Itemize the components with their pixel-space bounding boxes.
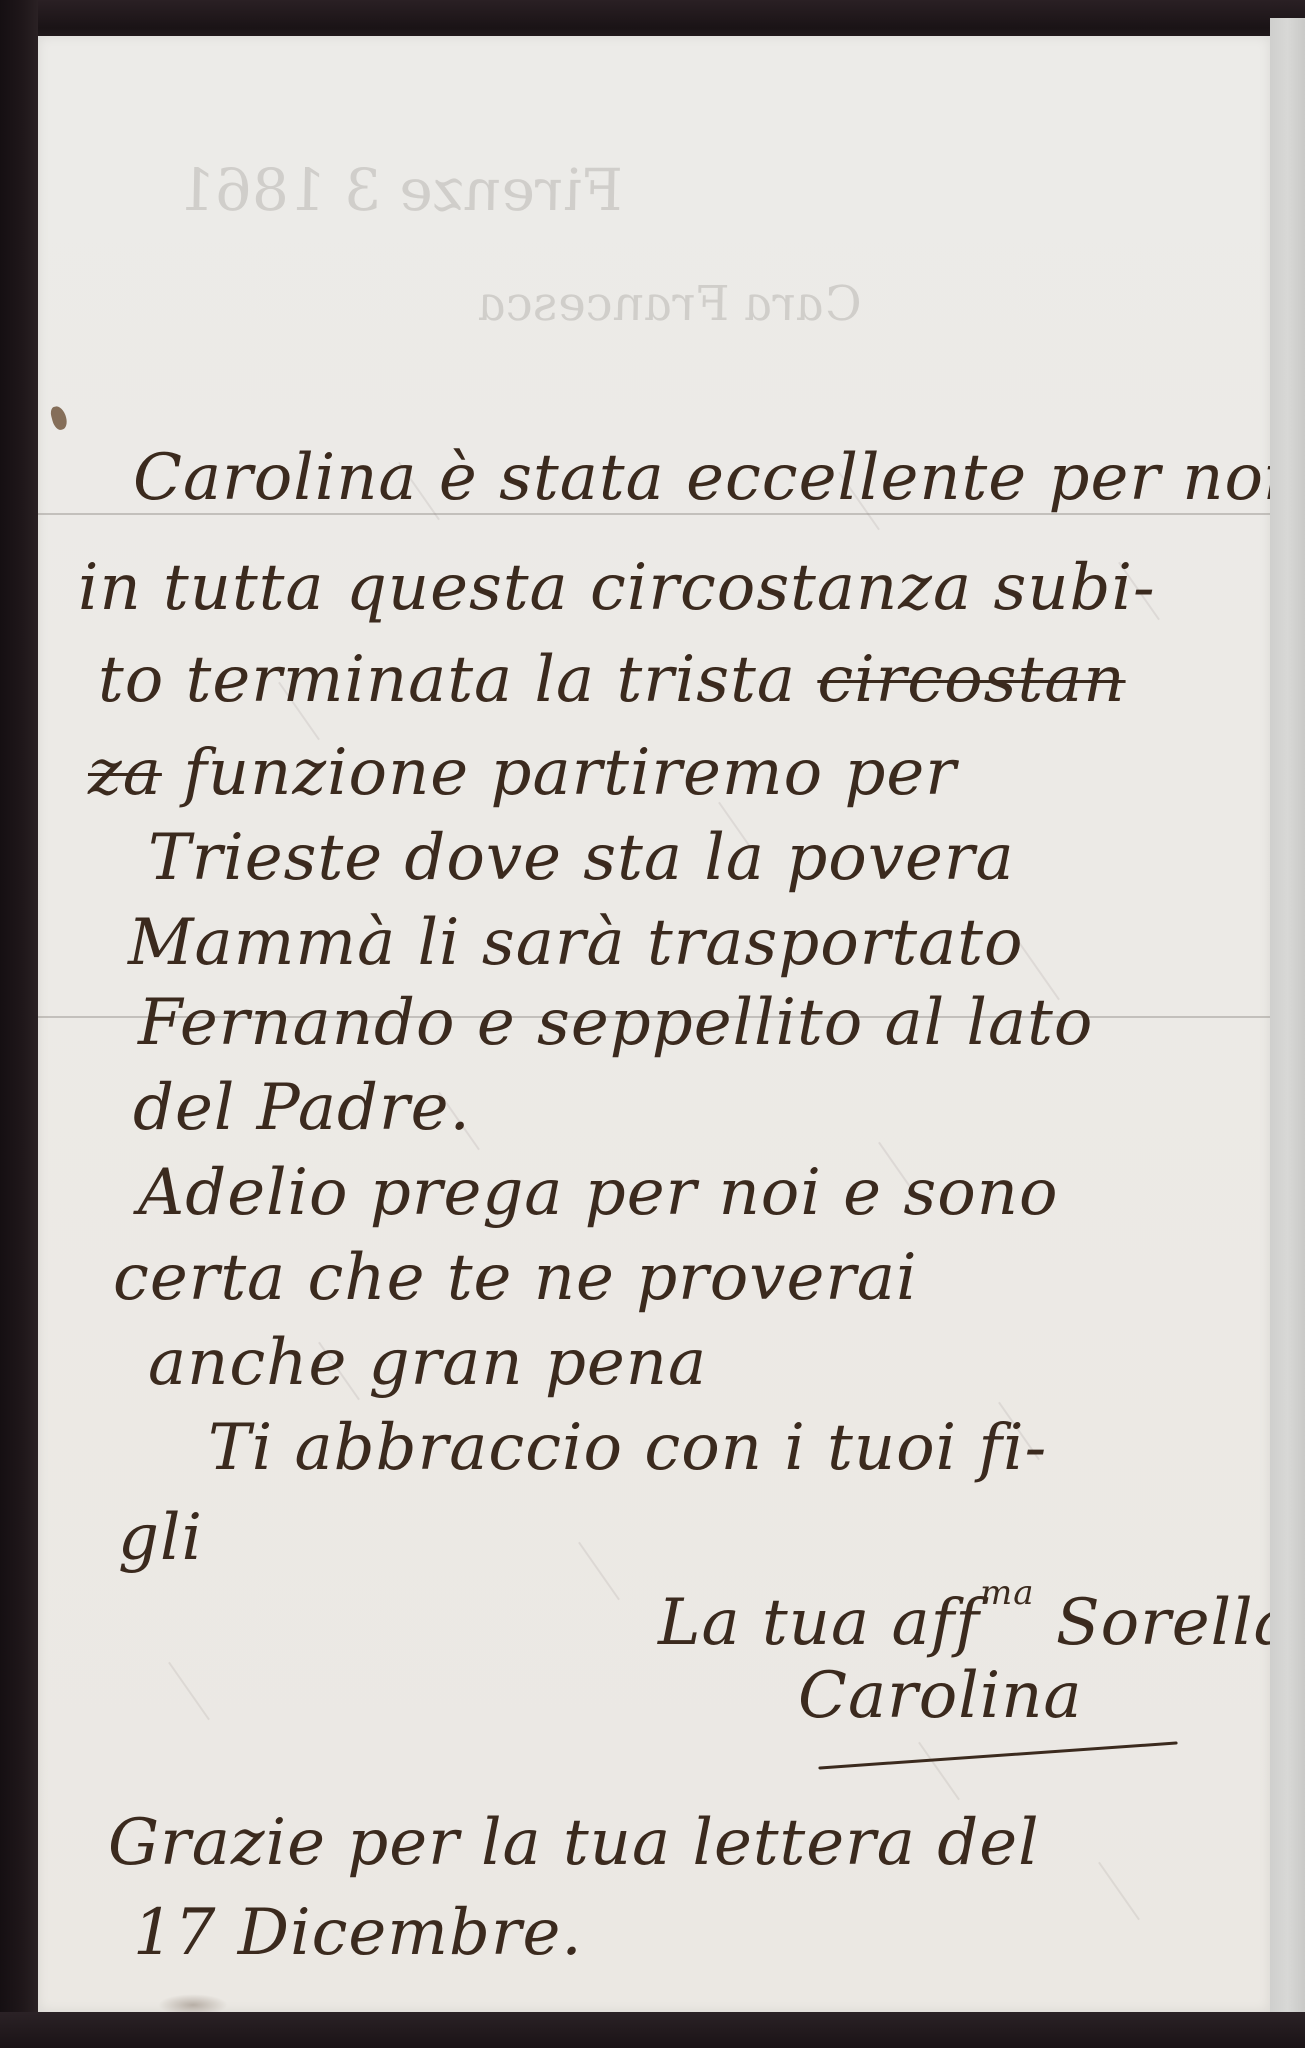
letter-line-4-text: funzione partiremo per bbox=[183, 736, 957, 810]
bleed-through-salutation: Cara Francesca bbox=[472, 276, 867, 332]
postscript-line-2: 17 Dicembre. bbox=[133, 1901, 583, 1965]
letter-paper: Firenze 3 1861 Cara Francesca Carolina è… bbox=[38, 36, 1270, 2012]
letter-line-5: Trieste dove sta la povera bbox=[148, 826, 1015, 890]
signature-flourish bbox=[818, 1741, 1177, 1769]
ink-blot bbox=[49, 405, 69, 432]
bleed-stroke bbox=[168, 1662, 210, 1720]
frame-bottom-border bbox=[0, 2012, 1305, 2048]
bleed-stroke bbox=[918, 1742, 960, 1800]
postscript-line-1: Grazie per la tua lettera del bbox=[108, 1811, 1040, 1875]
letter-line-4: za funzione partiremo per bbox=[88, 741, 957, 805]
letter-line-3: to terminata la trista circostan bbox=[98, 648, 1126, 712]
letter-line-1: Carolina è stata eccellente per noi bbox=[133, 446, 1270, 510]
letter-line-2: in tutta questa circostanza subi- bbox=[78, 556, 1156, 620]
signature: Carolina bbox=[798, 1664, 1083, 1728]
letter-line-12: Ti abbraccio con i tuoi fi- bbox=[208, 1416, 1047, 1480]
letter-line-3-text: to terminata la trista bbox=[98, 643, 796, 717]
bleed-through-date: Firenze 3 1861 bbox=[171, 156, 630, 224]
letter-line-7: Fernando e seppellito al lato bbox=[138, 991, 1093, 1055]
letter-line-6: Mammà li sarà trasportato bbox=[128, 911, 1023, 975]
valediction-suffix: Sorella bbox=[1056, 1586, 1270, 1660]
frame-top-border bbox=[0, 0, 1305, 40]
letter-line-11: anche gran pena bbox=[148, 1331, 707, 1395]
paper-edge-strip bbox=[1270, 18, 1305, 2012]
ink-smudge bbox=[158, 1994, 228, 2012]
bleed-stroke bbox=[1098, 1862, 1140, 1920]
bleed-stroke bbox=[578, 1542, 620, 1600]
valediction: La tua affma Sorella bbox=[658, 1576, 1270, 1655]
struck-word: circostan bbox=[817, 643, 1125, 717]
valediction-prefix: La tua aff bbox=[658, 1586, 980, 1660]
letter-line-10: certa che te ne proverai bbox=[113, 1246, 918, 1310]
letter-line-9: Adelio prega per noi e sono bbox=[138, 1161, 1058, 1225]
valediction-superscript: ma bbox=[980, 1573, 1035, 1613]
frame-left-border bbox=[0, 0, 38, 2048]
letter-line-8: del Padre. bbox=[133, 1076, 471, 1140]
letter-line-13: gli bbox=[118, 1506, 203, 1570]
struck-syllable: za bbox=[88, 736, 162, 810]
